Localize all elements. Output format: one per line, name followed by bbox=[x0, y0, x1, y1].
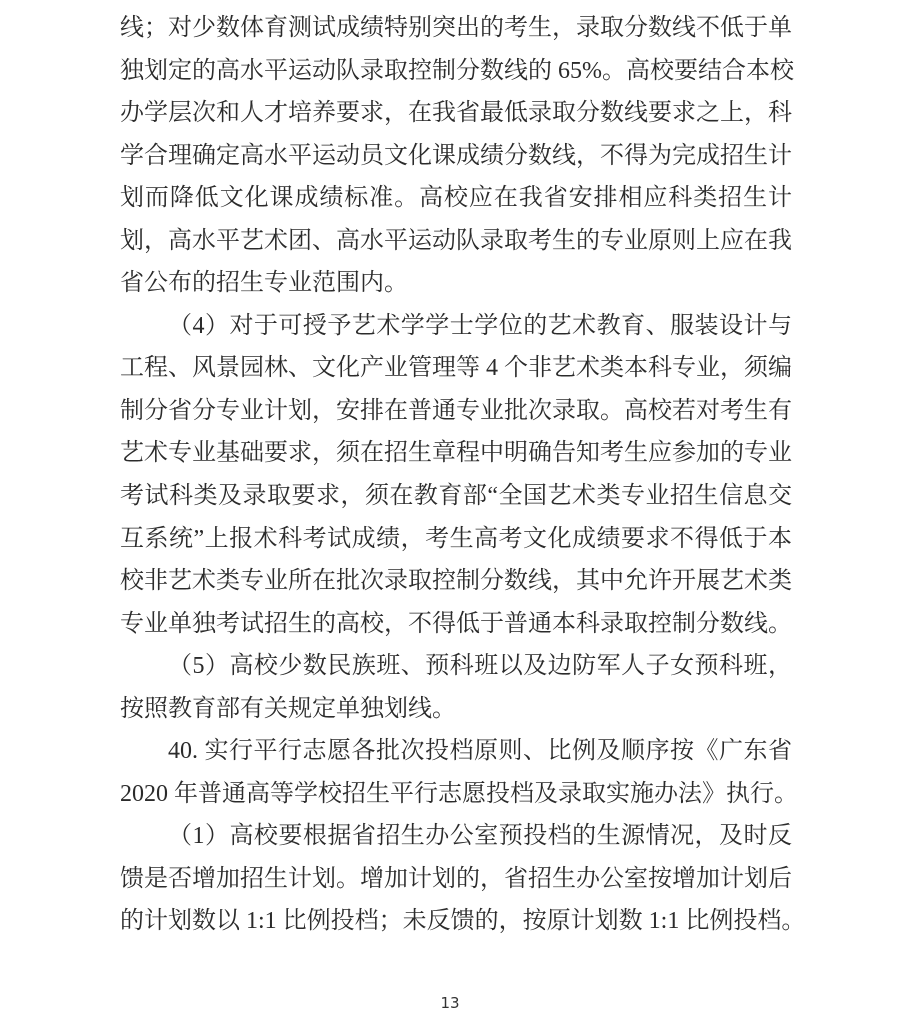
text-line: 的计划数以 1:1 比例投档；未反馈的，按原计划数 1:1 比例投档。 bbox=[120, 900, 792, 943]
text-line: 按照教育部有关规定单独划线。 bbox=[120, 688, 792, 731]
text-line: 划而降低文化课成绩标准。高校应在我省安排相应科类招生计 bbox=[120, 177, 792, 220]
text-line: 互系统”上报术科考试成绩，考生高考文化成绩要求不得低于本 bbox=[120, 518, 792, 561]
text-line: （5）高校少数民族班、预科班以及边防军人子女预科班， bbox=[120, 645, 792, 688]
text-line: 学合理确定高水平运动员文化课成绩分数线，不得为完成招生计 bbox=[120, 135, 792, 178]
text-line: 工程、风景园林、文化产业管理等 4 个非艺术类本科专业，须编 bbox=[120, 347, 792, 390]
text-line: 制分省分专业计划，安排在普通专业批次录取。高校若对考生有 bbox=[120, 390, 792, 433]
text-line: （1）高校要根据省招生办公室预投档的生源情况，及时反 bbox=[120, 815, 792, 858]
text-line: 线；对少数体育测试成绩特别突出的考生，录取分数线不低于单 bbox=[120, 7, 792, 50]
text-line: 40. 实行平行志愿各批次投档原则、比例及顺序按《广东省 bbox=[120, 730, 792, 773]
text-line: 馈是否增加招生计划。增加计划的，省招生办公室按增加计划后 bbox=[120, 858, 792, 901]
text-line: 独划定的高水平运动队录取控制分数线的 65%。高校要结合本校 bbox=[120, 50, 792, 93]
text-line: 2020 年普通高等学校招生平行志愿投档及录取实施办法》执行。 bbox=[120, 773, 792, 816]
text-line: 艺术专业基础要求，须在招生章程中明确告知考生应参加的专业 bbox=[120, 432, 792, 475]
text-line: 专业单独考试招生的高校，不得低于普通本科录取控制分数线。 bbox=[120, 603, 792, 646]
page-number: 13 bbox=[0, 994, 900, 1012]
document-page: 线；对少数体育测试成绩特别突出的考生，录取分数线不低于单 独划定的高水平运动队录… bbox=[120, 7, 792, 943]
text-line: 省公布的招生专业范围内。 bbox=[120, 262, 792, 305]
text-line: （4）对于可授予艺术学学士学位的艺术教育、服装设计与 bbox=[120, 305, 792, 348]
text-line: 办学层次和人才培养要求，在我省最低录取分数线要求之上，科 bbox=[120, 92, 792, 135]
text-line: 校非艺术类专业所在批次录取控制分数线，其中允许开展艺术类 bbox=[120, 560, 792, 603]
text-line: 考试科类及录取要求，须在教育部“全国艺术类专业招生信息交 bbox=[120, 475, 792, 518]
text-line: 划，高水平艺术团、高水平运动队录取考生的专业原则上应在我 bbox=[120, 220, 792, 263]
